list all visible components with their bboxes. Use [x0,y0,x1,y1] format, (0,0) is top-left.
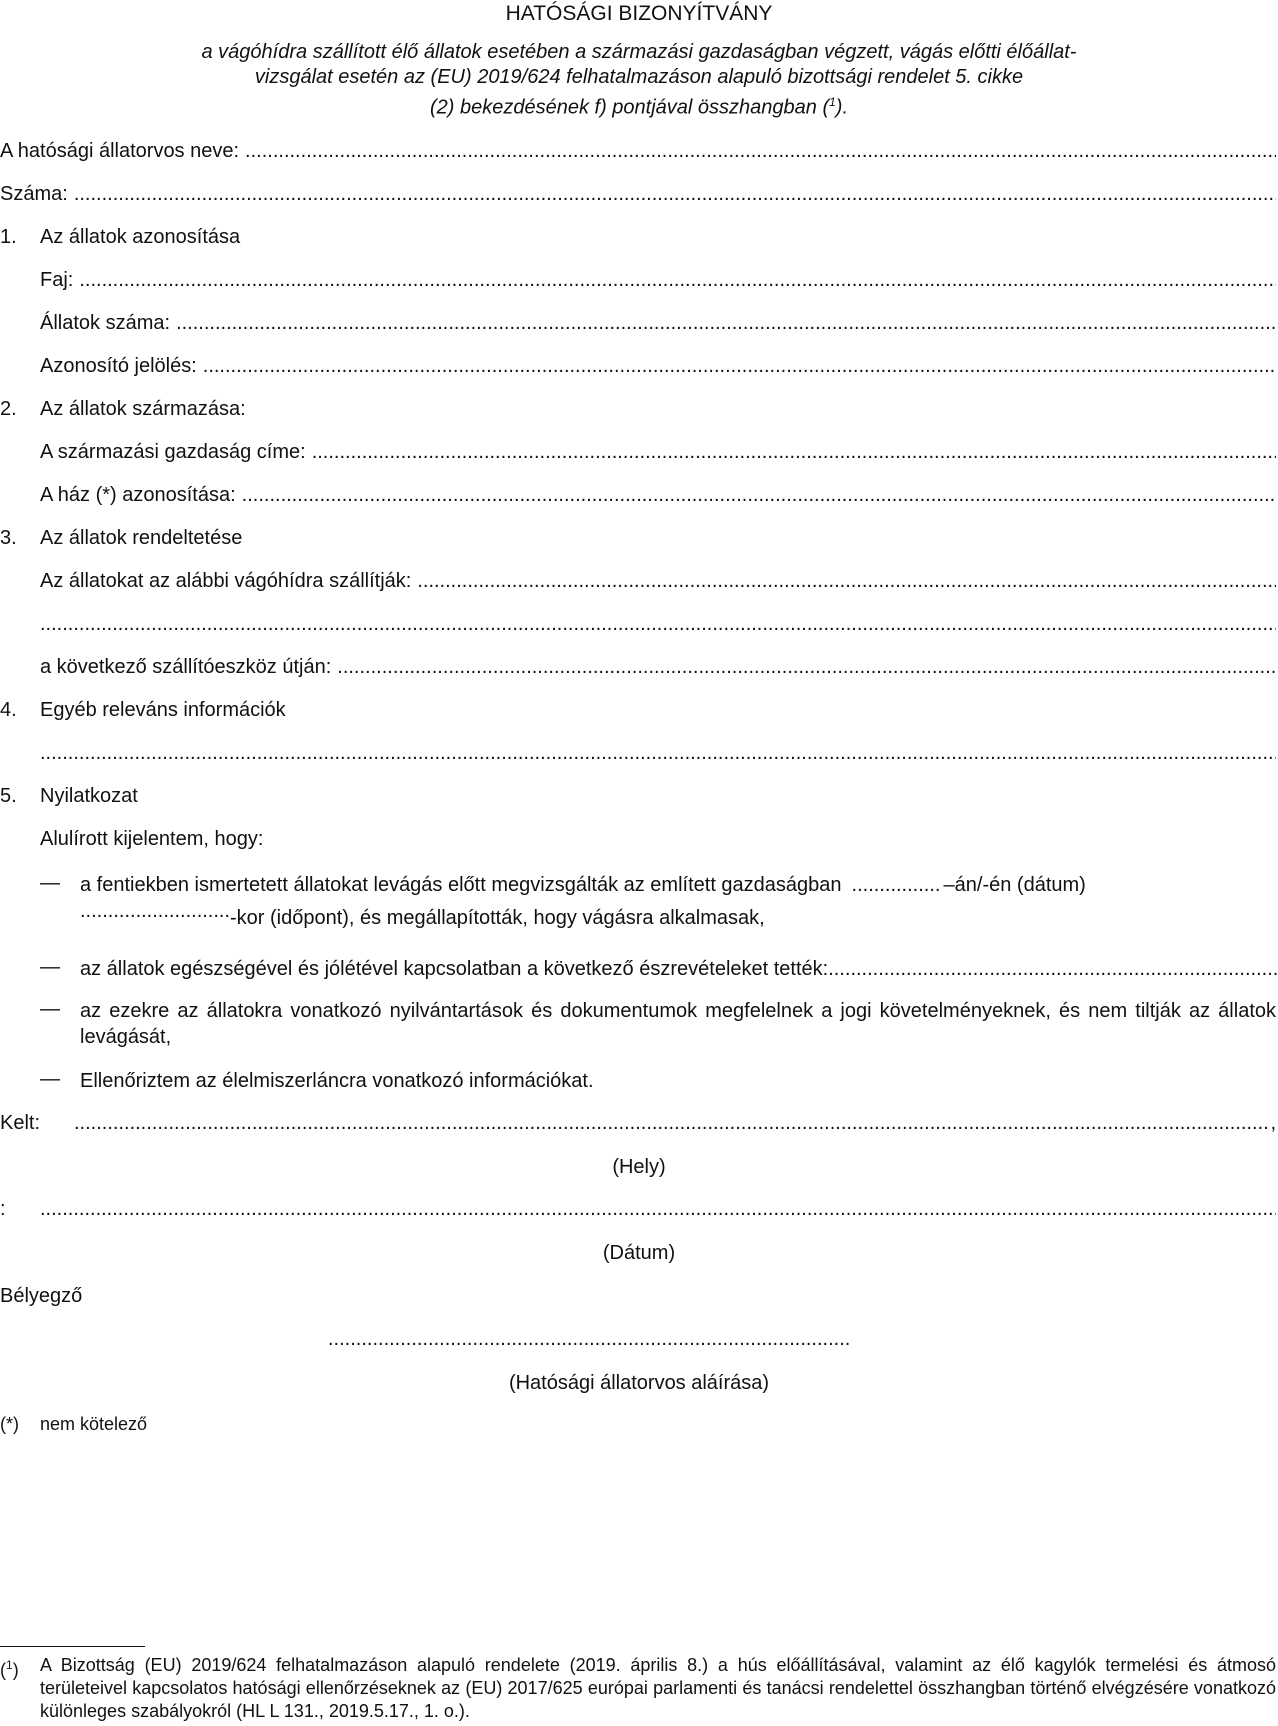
section-1-heading: 1.Az állatok azonosítása [0,226,1276,252]
section-number: 1. [0,226,40,249]
vet-name-field[interactable]: A hatósági állatorvos neve: [0,140,1276,166]
date-caption: –án/-én (dátum) [944,872,1086,898]
note-text: nem kötelező [40,1414,147,1434]
footnote-ref[interactable]: 1 [829,95,836,109]
document-title: HATÓSÁGI BIZONYÍTVÁNY [0,2,1278,26]
slaughterhouse-field-continued[interactable] [40,613,1276,639]
place-field[interactable]: Kelt:, [0,1112,1276,1138]
section-number: 5. [0,785,40,808]
footnote: (1) A Bizottság (EU) 2019/624 felhatalma… [0,1654,1276,1723]
subtitle-line: vizsgálat esetén az (EU) 2019/624 felhat… [100,65,1178,90]
footnote-number: 1 [6,1658,13,1672]
subtitle-end: ). [836,97,848,119]
section-heading: Egyéb releváns információk [40,699,286,722]
section-number: 4. [0,699,40,722]
section-5-heading: 5.Nyilatkozat [0,785,1276,811]
fill-in-dots[interactable] [242,484,1276,507]
fill-in-dots[interactable] [79,269,1276,292]
fill-in-dots[interactable] [176,312,1276,335]
field-label: a következő szállítóeszköz útján: [40,656,331,679]
section-3-heading: 3.Az állatok rendeltetése [0,527,1276,553]
dash-bullet: — [40,998,60,1021]
fill-in-dots[interactable] [203,355,1276,378]
section-2-heading: 2.Az állatok származása: [0,398,1276,424]
house-id-field[interactable]: A ház (*) azonosítása: [40,484,1276,510]
date-fill-in-dots[interactable]: .......................... [852,872,942,898]
declaration-text-part: a fentiekben ismertetett állatokat levág… [80,872,842,898]
field-label: : [0,1198,40,1221]
declaration-item-3: — az ezekre az állatokra vonatkozó nyilv… [40,998,1276,1050]
fill-in-dots[interactable] [828,956,1278,982]
signature-caption: (Hatósági állatorvos aláírása) [0,1372,1278,1395]
section-heading: Az állatok származása: [40,398,246,421]
dash-bullet: — [40,956,60,979]
fill-in-dots[interactable] [245,140,1276,163]
subtitle-line: a vágóhídra szállított élő állatok eseté… [100,40,1178,65]
subtitle-line: (2) bekezdésének f) pontjával összhangba… [100,90,1178,121]
field-label: A származási gazdaság címe: [40,441,306,464]
fill-in-dots[interactable] [74,183,1276,206]
footnote-separator [0,1646,145,1647]
fill-in-dots[interactable] [40,742,1276,765]
optional-note: (*)nem kötelező [0,1414,147,1435]
number-field[interactable]: Száma: [0,183,1276,209]
note-mark: (*) [0,1414,40,1435]
declaration-intro-text: Alulírott kijelentem, hogy: [40,828,263,851]
subtitle-line-text: (2) bekezdésének f) pontjával összhangba… [430,97,829,119]
declaration-text: az állatok egészségével és jólétével kap… [80,956,1276,982]
identification-mark-field[interactable]: Azonosító jelölés: [40,355,1276,381]
fill-in-dots[interactable] [40,1198,1276,1221]
fill-in-dots[interactable] [74,1112,1270,1135]
fill-in-dots[interactable] [40,613,1276,636]
date-caption: (Dátum) [0,1242,1278,1265]
slaughterhouse-field[interactable]: Az állatokat az alábbi vágóhídra szállít… [40,570,1276,596]
field-label: Faj: [40,269,73,292]
place-caption: (Hely) [0,1156,1278,1179]
field-label: A ház (*) azonosítása: [40,484,236,507]
field-label: Az állatokat az alábbi vágóhídra szállít… [40,570,411,593]
stamp-label: Bélyegző [0,1285,82,1308]
field-label: Száma: [0,183,68,206]
dash-bullet: — [40,1068,60,1091]
field-label: A hatósági állatorvos neve: [0,140,239,163]
declaration-item-1: — a fentiekben ismertetett állatokat lev… [40,872,1276,931]
section-number: 3. [0,527,40,550]
origin-address-field[interactable]: A származási gazdaság címe: [40,441,1276,467]
date-field[interactable]: : [0,1198,1276,1224]
dash-bullet: — [40,872,60,895]
time-fill-in-dots[interactable]: ........................................… [80,898,230,924]
fill-in-dots[interactable] [312,441,1276,464]
declaration-text-part: az állatok egészségével és jólétével kap… [80,956,828,982]
animal-count-field[interactable]: Állatok száma: [40,312,1276,338]
section-number: 2. [0,398,40,421]
footnote-mark: (1) [0,1654,19,1682]
transport-field[interactable]: a következő szállítóeszköz útján: [40,656,1276,682]
signature-line[interactable]: ........................................… [328,1328,948,1351]
footnote-text: A Bizottság (EU) 2019/624 felhatalmazáso… [40,1654,1276,1723]
declaration-text: a fentiekben ismertetett állatokat levág… [80,872,1276,931]
declaration-intro: Alulírott kijelentem, hogy: [40,828,1276,854]
declaration-text: Ellenőriztem az élelmiszerláncra vonatko… [80,1068,1276,1094]
comma: , [1270,1112,1276,1135]
declaration-text: az ezekre az állatokra vonatkozó nyilván… [80,998,1276,1050]
species-field[interactable]: Faj: [40,269,1276,295]
field-label: Állatok száma: [40,312,170,335]
field-label: Kelt: [0,1112,74,1135]
declaration-item-4: — Ellenőriztem az élelmiszerláncra vonat… [40,1068,1276,1094]
field-label: Azonosító jelölés: [40,355,197,378]
other-info-field[interactable] [40,742,1276,768]
document-subtitle: a vágóhídra szállított élő állatok eseté… [100,40,1178,121]
declaration-text-part: -kor (időpont), és megállapították, hogy… [230,907,765,929]
section-heading: Az állatok azonosítása [40,226,240,249]
fill-in-dots[interactable] [337,656,1276,679]
fill-in-dots[interactable] [417,570,1276,593]
section-4-heading: 4.Egyéb releváns információk [0,699,1276,725]
declaration-item-2: — az állatok egészségével és jólétével k… [40,956,1276,982]
section-heading: Az állatok rendeltetése [40,527,242,550]
section-heading: Nyilatkozat [40,785,138,808]
